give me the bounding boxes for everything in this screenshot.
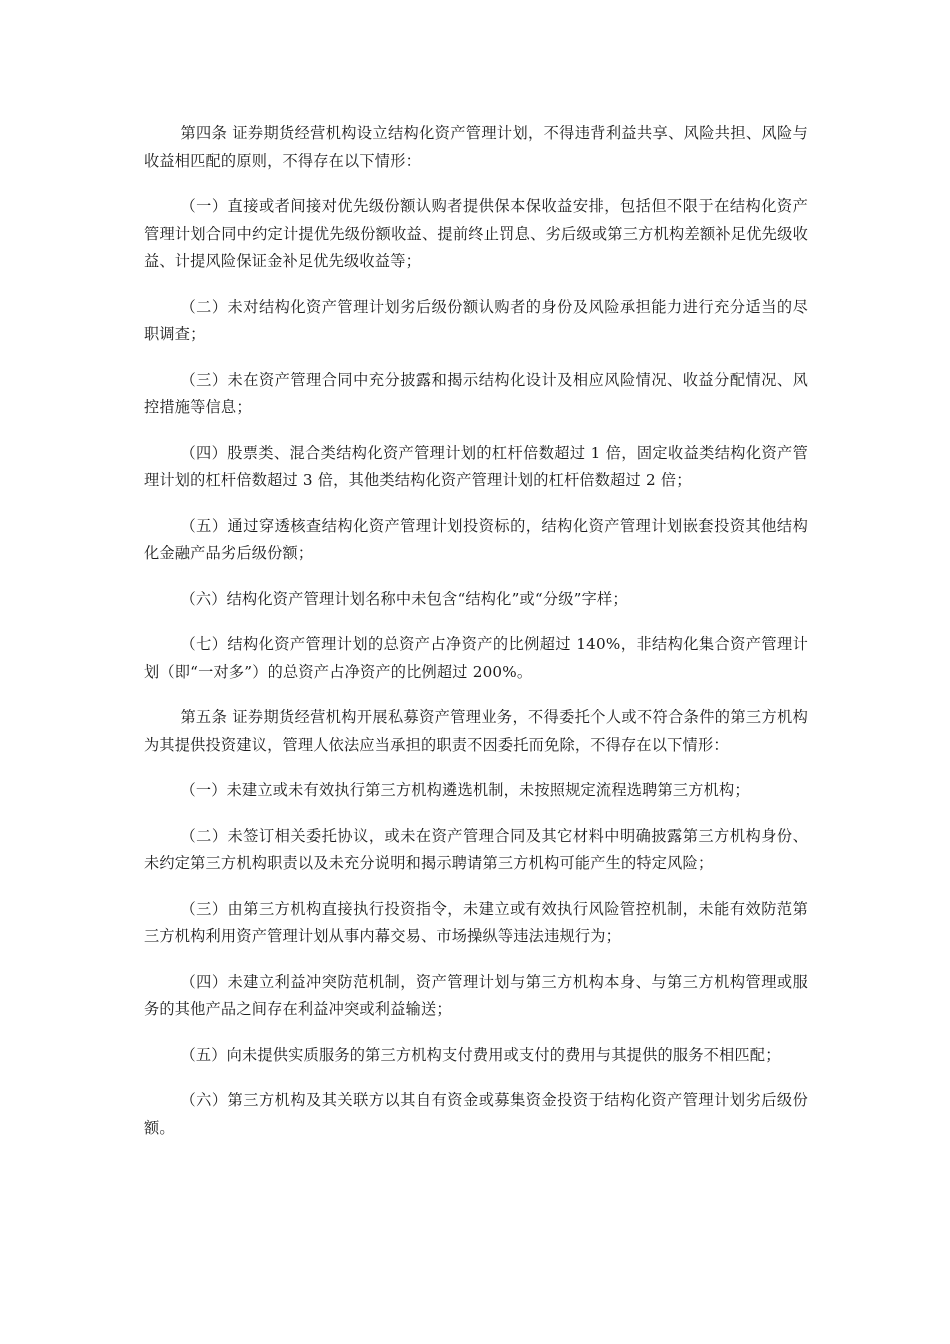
- article-5-heading: 第五条: [180, 708, 227, 726]
- article-5-item-5: （五）向未提供实质服务的第三方机构支付费用或支付的费用与其提供的服务不相匹配；: [144, 1042, 808, 1070]
- document-page: 第四条 证券期货经营机构设立结构化资产管理计划，不得违背利益共享、风险共担、风险…: [144, 120, 808, 1160]
- article-5-item-1: （一）未建立或未有效执行第三方机构遴选机制，未按照规定流程选聘第三方机构；: [144, 777, 808, 805]
- article-4-intro: 第四条 证券期货经营机构设立结构化资产管理计划，不得违背利益共享、风险共担、风险…: [144, 120, 808, 175]
- article-4-item-4: （四）股票类、混合类结构化资产管理计划的杠杆倍数超过 1 倍，固定收益类结构化资…: [144, 440, 808, 495]
- article-5-item-4: （四）未建立利益冲突防范机制，资产管理计划与第三方机构本身、与第三方机构管理或服…: [144, 969, 808, 1024]
- article-4-item-1: （一）直接或者间接对优先级份额认购者提供保本保收益安排，包括但不限于在结构化资产…: [144, 193, 808, 276]
- article-4-item-7: （七）结构化资产管理计划的总资产占净资产的比例超过 140%，非结构化集合资产管…: [144, 631, 808, 686]
- article-4-item-6: （六）结构化资产管理计划名称中未包含“结构化”或“分级”字样；: [144, 586, 808, 614]
- article-5-intro: 第五条 证券期货经营机构开展私募资产管理业务，不得委托个人或不符合条件的第三方机…: [144, 704, 808, 759]
- article-4-heading: 第四条: [180, 124, 227, 142]
- article-4-intro-text: 证券期货经营机构设立结构化资产管理计划，不得违背利益共享、风险共担、风险与收益相…: [144, 124, 808, 170]
- article-4-item-3: （三）未在资产管理合同中充分披露和揭示结构化设计及相应风险情况、收益分配情况、风…: [144, 367, 808, 422]
- article-5-item-3: （三）由第三方机构直接执行投资指令，未建立或有效执行风险管控机制，未能有效防范第…: [144, 896, 808, 951]
- article-4-item-2: （二）未对结构化资产管理计划劣后级份额认购者的身份及风险承担能力进行充分适当的尽…: [144, 294, 808, 349]
- article-4-item-5: （五）通过穿透核查结构化资产管理计划投资标的，结构化资产管理计划嵌套投资其他结构…: [144, 513, 808, 568]
- article-5-item-2: （二）未签订相关委托协议，或未在资产管理合同及其它材料中明确披露第三方机构身份、…: [144, 823, 808, 878]
- article-5-intro-text: 证券期货经营机构开展私募资产管理业务，不得委托个人或不符合条件的第三方机构为其提…: [144, 708, 808, 754]
- article-5-item-6: （六）第三方机构及其关联方以其自有资金或募集资金投资于结构化资产管理计划劣后级份…: [144, 1087, 808, 1142]
